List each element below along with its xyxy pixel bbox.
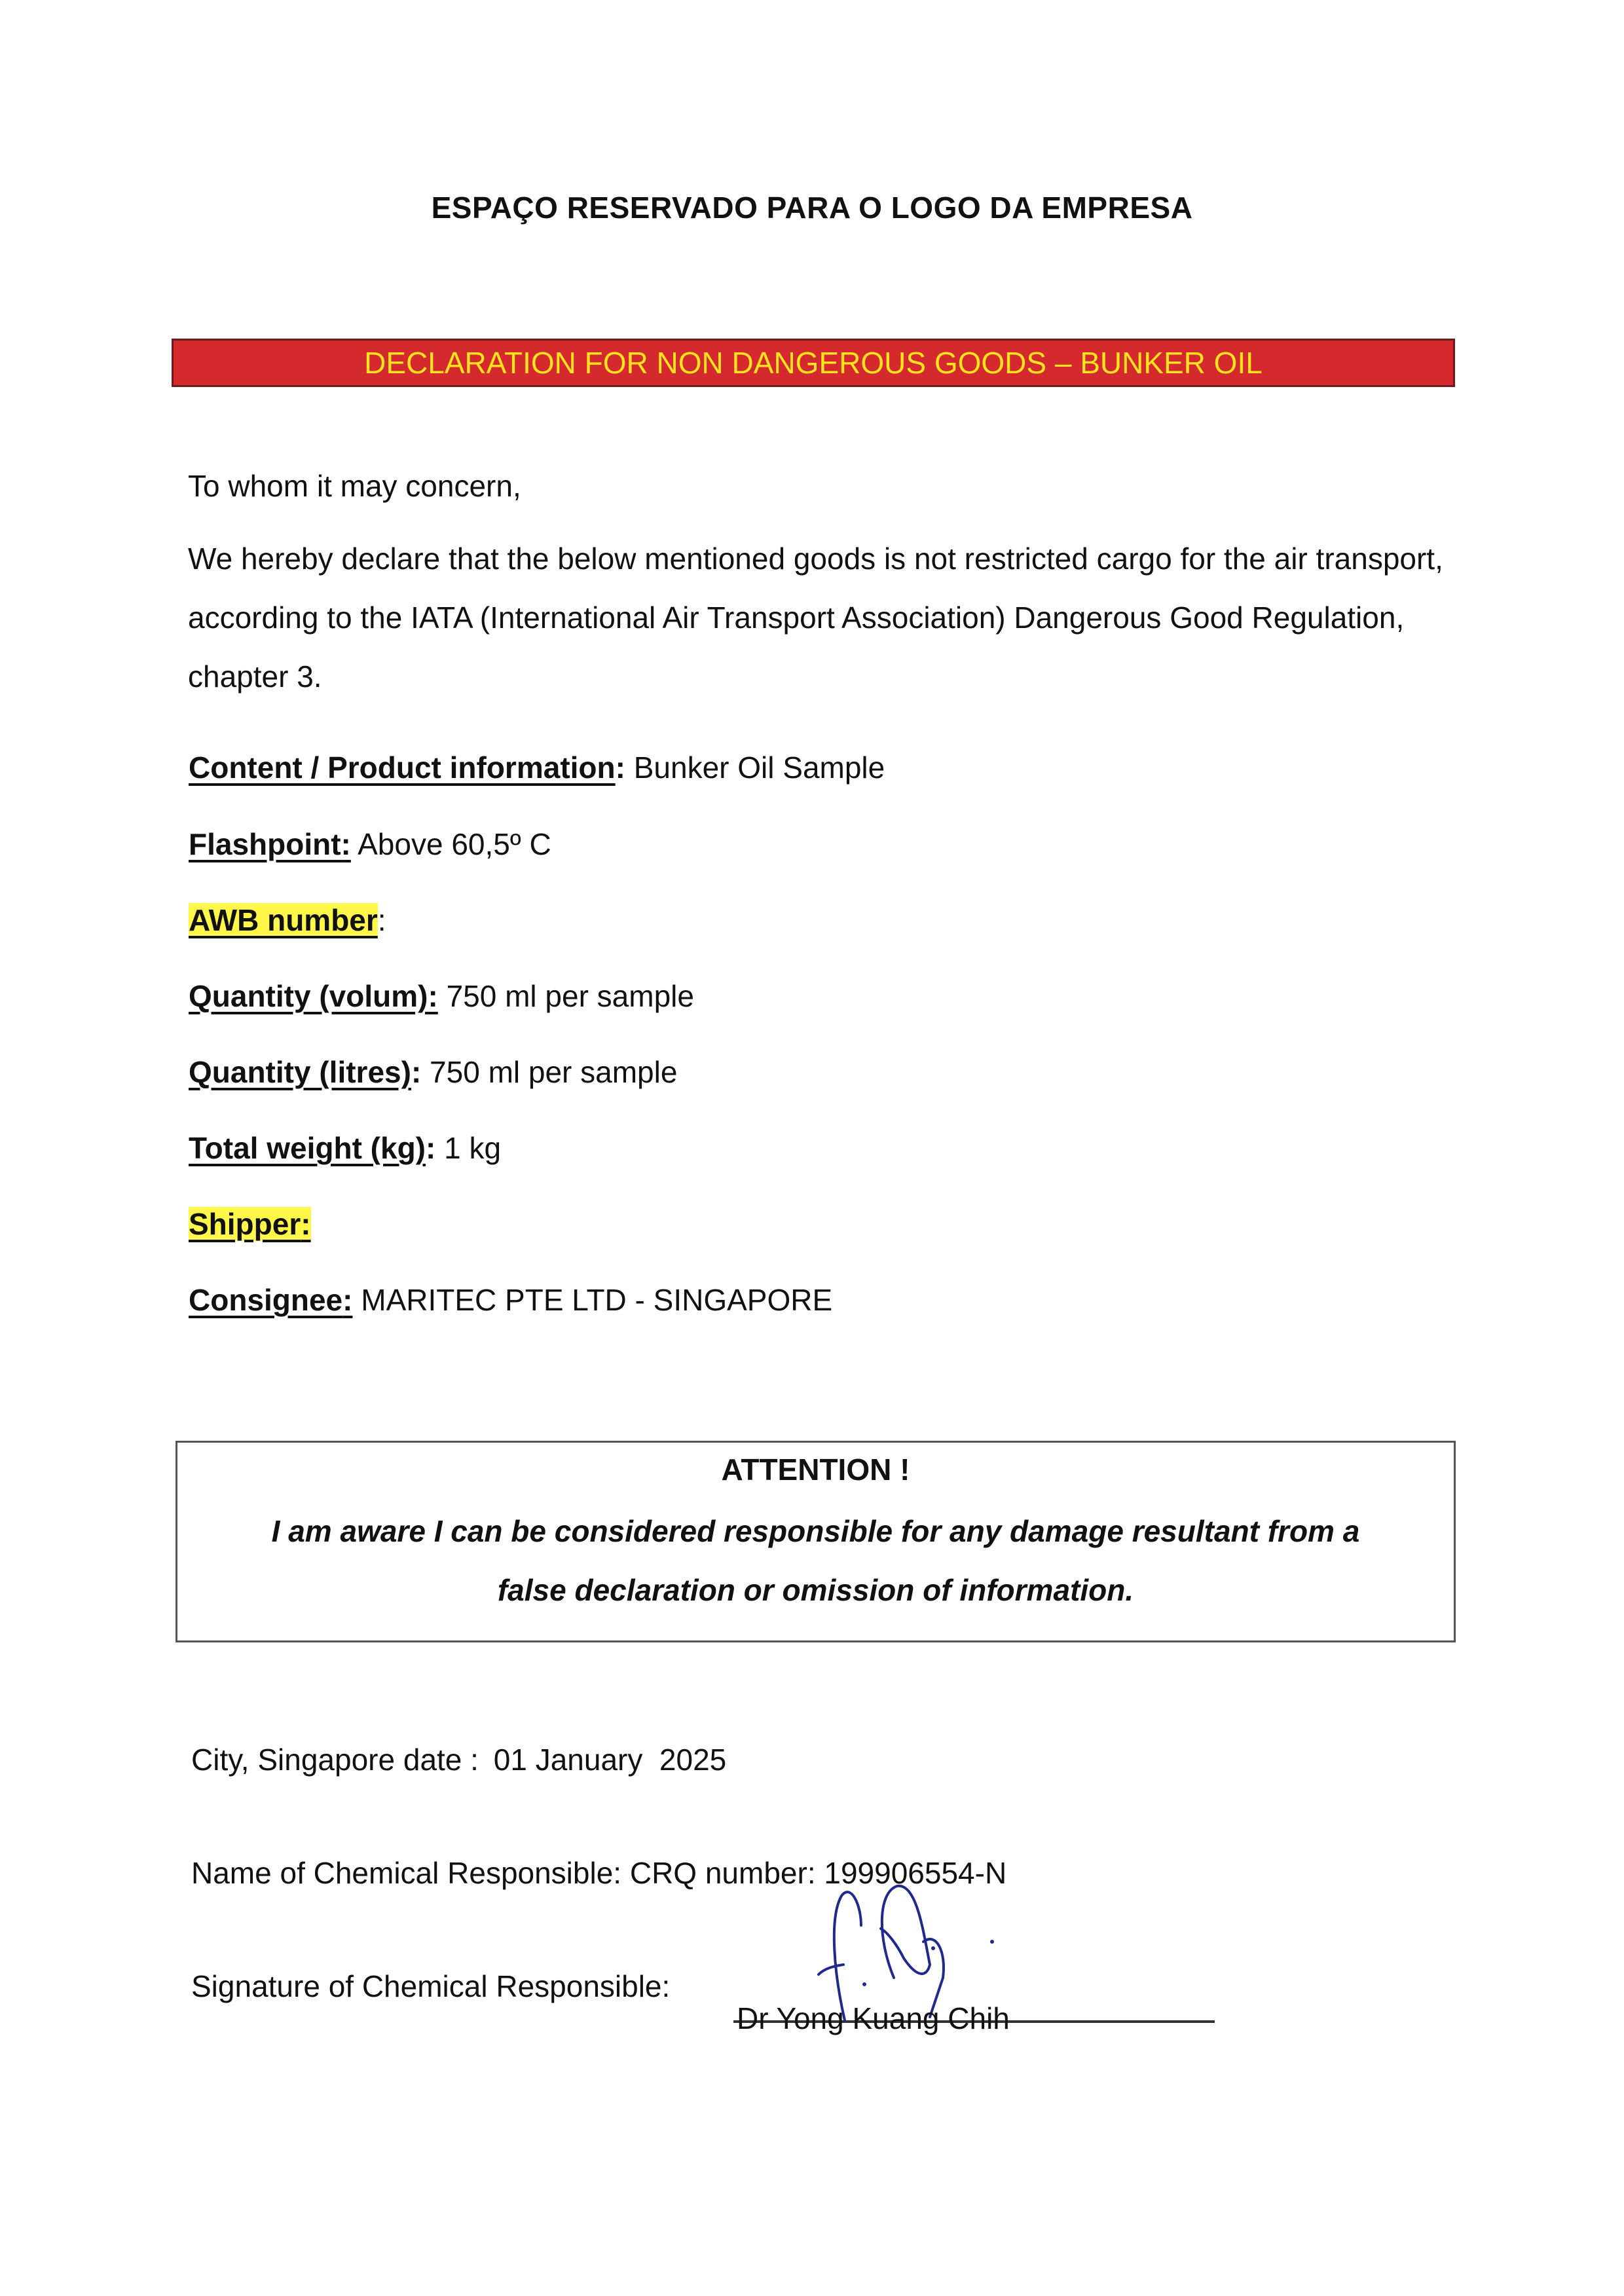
field-shipper: Shipper:: [189, 1206, 311, 1242]
declaration-body: We hereby declare that the below mention…: [188, 529, 1452, 706]
salutation: To whom it may concern,: [188, 456, 521, 515]
field-label: Content / Product information: [189, 750, 616, 785]
field-label: Quantity (litres): [189, 1055, 411, 1089]
field-quantity-litres: Quantity (litres): 750 ml per sample: [189, 1054, 677, 1090]
signature-label: Signature of Chemical Responsible:: [191, 1969, 670, 2004]
field-label: Total weight (kg): [189, 1131, 426, 1165]
field-awb-number: AWB number:: [189, 902, 386, 938]
field-total-weight: Total weight (kg): 1 kg: [189, 1130, 501, 1166]
logo-placeholder: ESPAÇO RESERVADO PARA O LOGO DA EMPRESA: [0, 190, 1624, 225]
banner-title: DECLARATION FOR NON DANGEROUS GOODS – BU…: [364, 345, 1263, 380]
date-value: 01 January 2025: [494, 1743, 727, 1777]
field-consignee: Consignee: MARITEC PTE LTD - SINGAPORE: [189, 1282, 832, 1318]
field-quantity-volum: Quantity (volum): 750 ml per sample: [189, 978, 694, 1014]
field-label: Shipper: [189, 1207, 301, 1241]
field-label: Quantity (volum): [189, 979, 428, 1013]
city-date-line: City, Singapore date : 01 January 2025: [191, 1742, 726, 1777]
field-value: 750 ml per sample: [430, 1055, 677, 1089]
declaration-banner: DECLARATION FOR NON DANGEROUS GOODS – BU…: [172, 339, 1455, 387]
field-label: Flashpoint: [189, 827, 341, 861]
city-date-label: City, Singapore date :: [191, 1743, 479, 1777]
field-flashpoint: Flashpoint: Above 60,5º C: [189, 826, 551, 862]
attention-title: ATTENTION !: [177, 1452, 1454, 1487]
field-label: AWB number: [189, 903, 378, 937]
field-value: 1 kg: [444, 1131, 501, 1165]
attention-box: ATTENTION ! I am aware I can be consider…: [175, 1441, 1456, 1642]
signatory-name: Dr Yong Kuang Chih: [737, 2001, 1010, 2036]
attention-message: I am aware I can be considered responsib…: [177, 1502, 1454, 1620]
field-value: Bunker Oil Sample: [634, 750, 885, 785]
field-value: 750 ml per sample: [447, 979, 694, 1013]
field-value: Above 60,5º C: [358, 827, 551, 861]
field-value: MARITEC PTE LTD - SINGAPORE: [361, 1283, 832, 1317]
field-content: Content / Product information: Bunker Oi…: [189, 750, 885, 785]
field-label: Consignee: [189, 1283, 342, 1317]
